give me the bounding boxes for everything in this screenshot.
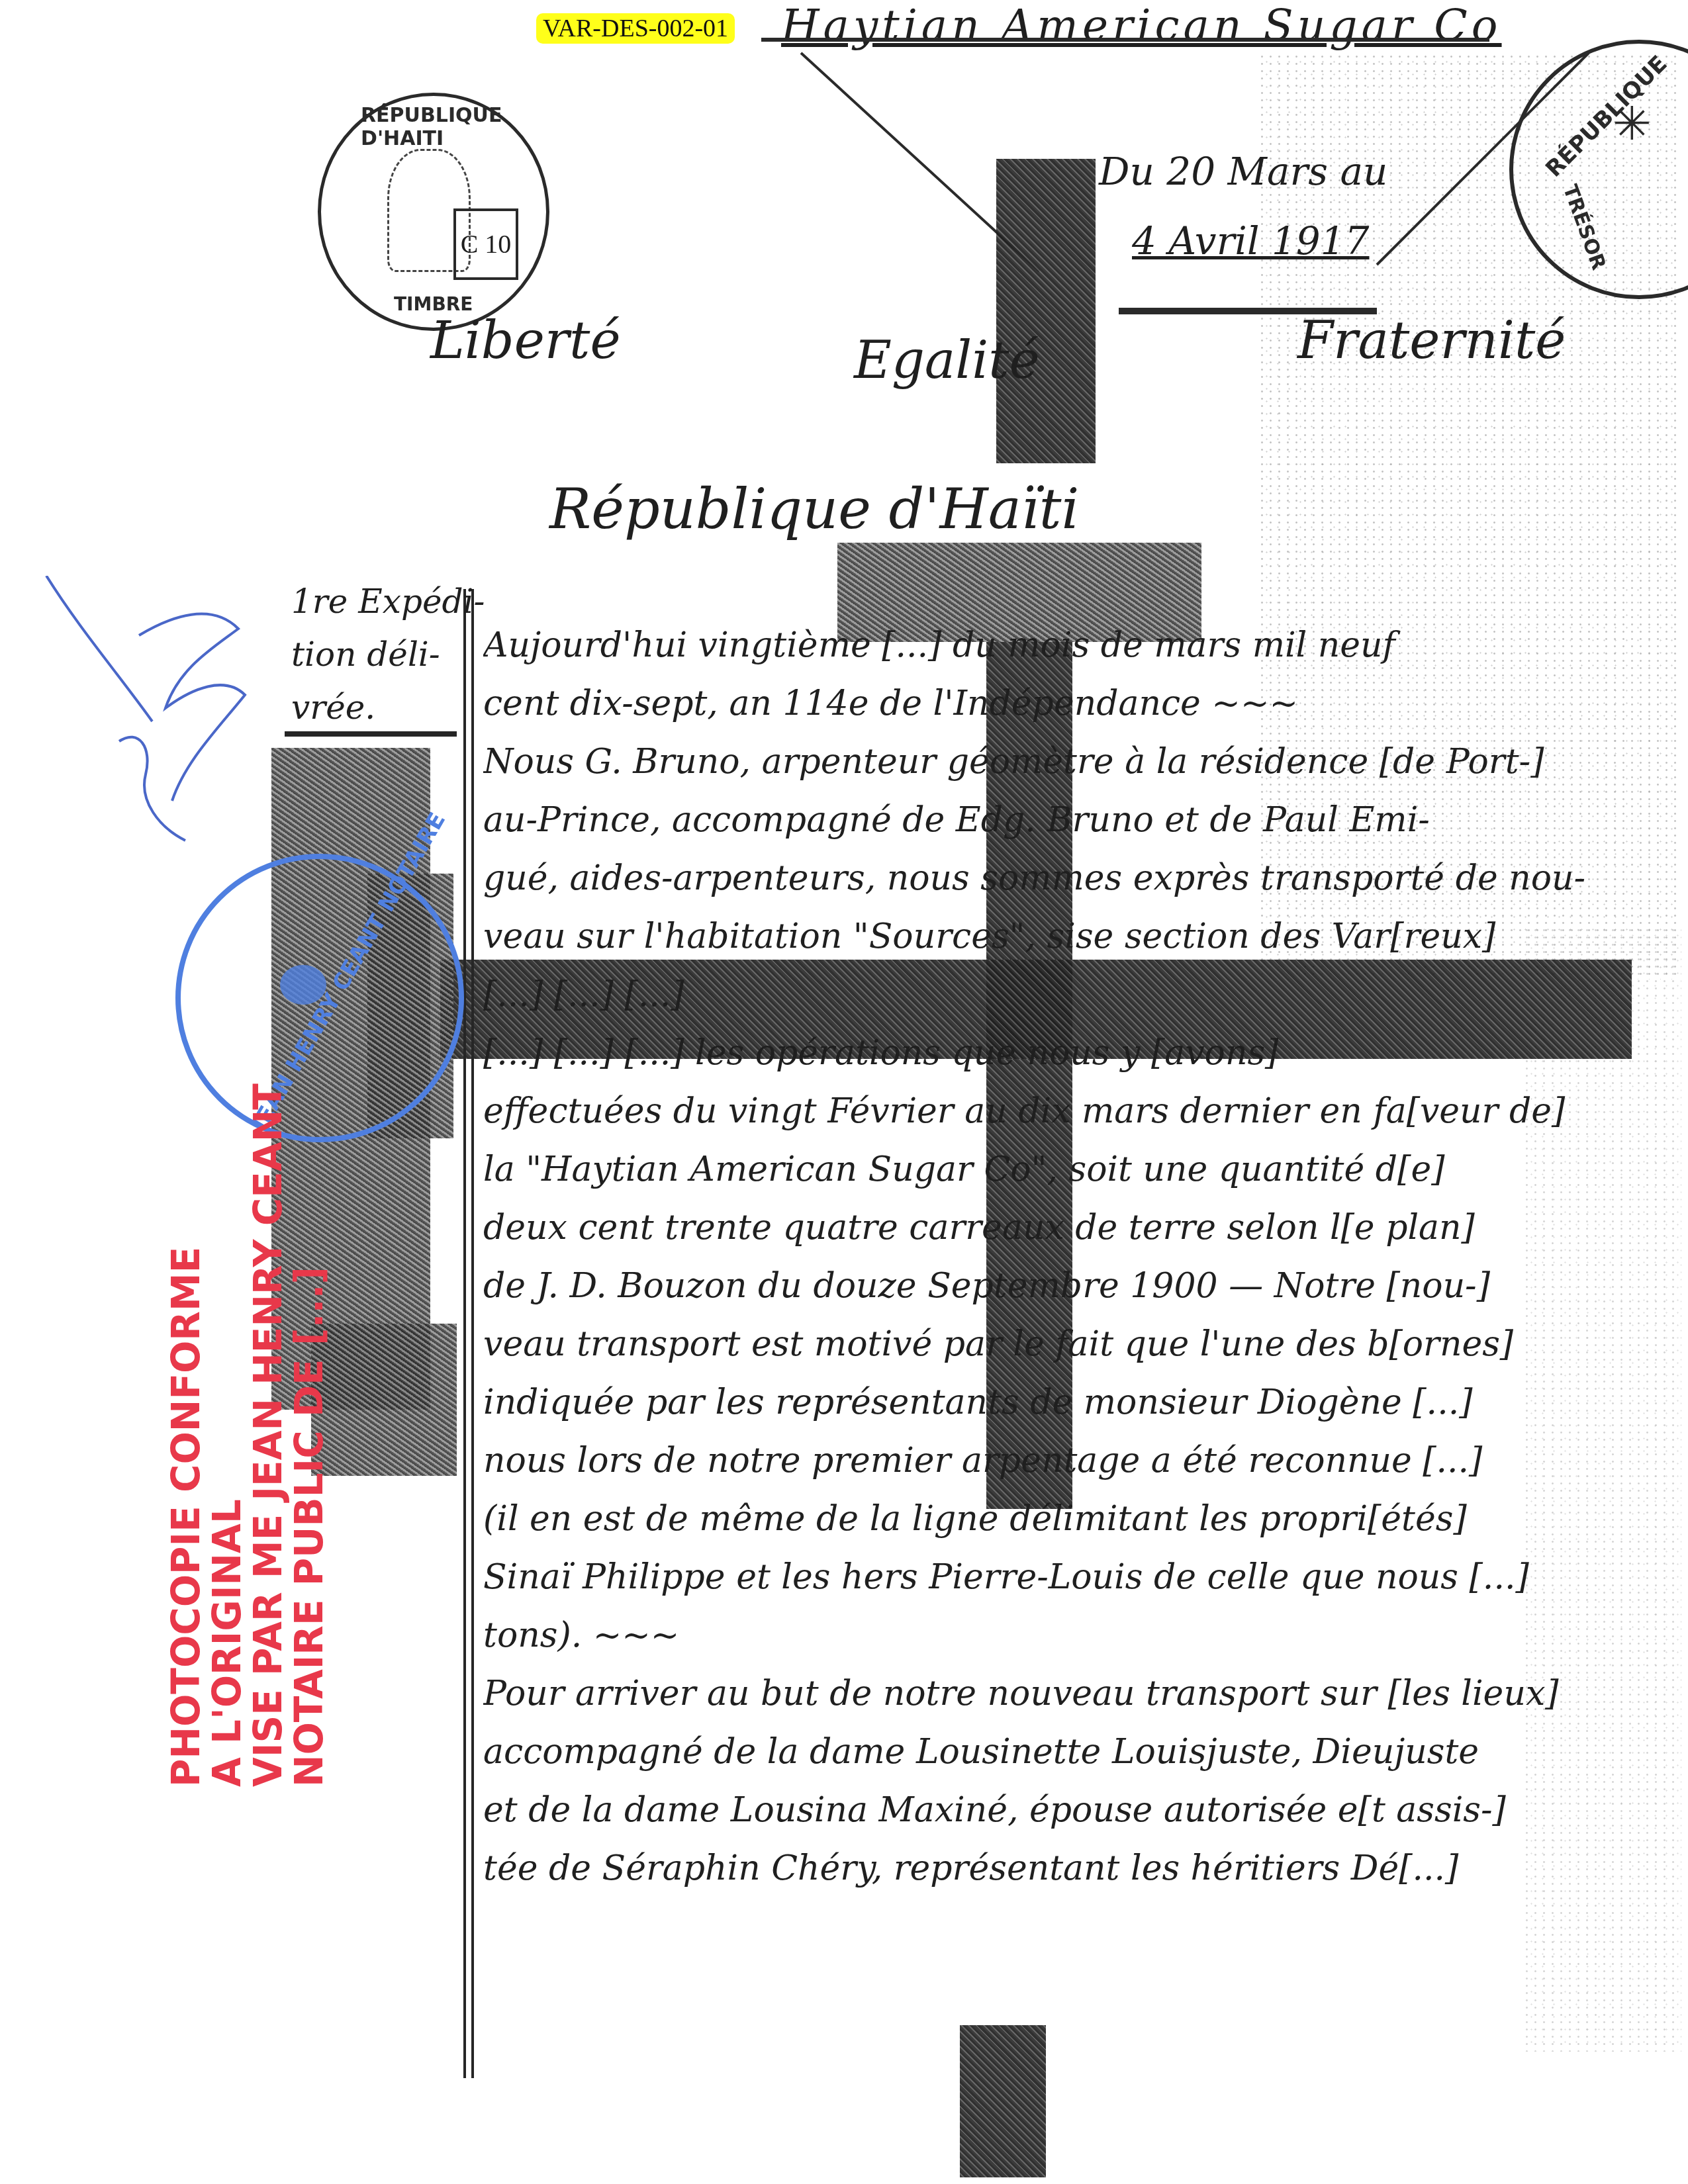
- tape-strip: [311, 1324, 457, 1476]
- reference-label: VAR-DES-002-01: [536, 13, 735, 44]
- certification-line: PHOTOCOPIE CONFORME: [165, 1083, 207, 1787]
- certification-line: A L'ORIGINAL: [207, 1083, 248, 1787]
- motto-egalite: Egalité: [854, 331, 1040, 390]
- deed-line: [...] [...] [...] les opérations que nou…: [483, 1033, 1675, 1073]
- motto-liberte: Liberté: [430, 311, 621, 371]
- date-line-2: 4 Avril 1917: [1132, 218, 1370, 263]
- deed-line: veau sur l'habitation "Sources", sise se…: [483, 917, 1675, 956]
- margin-note-line: 1re Expédi-: [291, 582, 485, 621]
- margin-note-line: tion déli-: [291, 635, 440, 674]
- deed-line: (il en est de même de la ligne délimitan…: [483, 1499, 1675, 1539]
- deed-line: Nous G. Bruno, arpenteur géomètre à la r…: [483, 742, 1675, 782]
- deed-line: deux cent trente quatre carreaux de terr…: [483, 1208, 1675, 1248]
- deed-line: nous lors de notre premier arpentage a é…: [483, 1441, 1675, 1480]
- deed-line: cent dix-sept, an 114e de l'Indépendance…: [483, 684, 1675, 723]
- deed-line: la "Haytian American Sugar Co", soit une…: [483, 1150, 1675, 1189]
- deed-line: Aujourd'hui vingtième [...] du mois de m…: [483, 625, 1675, 665]
- deed-line: effectuées du vingt Février au dix mars …: [483, 1091, 1675, 1131]
- treasury-seal-subtext: TRÉSOR: [1558, 181, 1611, 273]
- deed-line: [...] [...] [...]: [483, 975, 1675, 1015]
- deed-line: de J. D. Bouzon du douze Septembre 1900 …: [483, 1266, 1675, 1306]
- certification-stamp: PHOTOCOPIE CONFORME A L'ORIGINAL VISE PA…: [165, 1083, 330, 1787]
- margin-rule: [471, 589, 474, 2078]
- certification-line: NOTAIRE PUBLIC DE [...]: [289, 1083, 330, 1787]
- notary-signature: [40, 576, 258, 854]
- country-heading: République d'Haïti: [549, 477, 1079, 541]
- palm-tree-icon: ✳: [1613, 97, 1652, 151]
- certification-line: VISE PAR ME JEAN HENRY CEANT: [248, 1083, 289, 1787]
- stamp-value: C 10: [453, 208, 518, 280]
- deed-line: tons). ~~~: [483, 1615, 1675, 1655]
- deed-line: tée de Séraphin Chéry, représentant les …: [483, 1848, 1675, 1888]
- deed-line: au-Prince, accompagné de Edg. Bruno et d…: [483, 800, 1675, 840]
- date-line-1: Du 20 Mars au: [1099, 149, 1387, 194]
- deed-line: Pour arriver au but de notre nouveau tra…: [483, 1674, 1675, 1713]
- tape-strip: [960, 2025, 1046, 2177]
- deed-line: veau transport est motivé par le fait qu…: [483, 1324, 1675, 1364]
- fiscal-stamp-top-text: RÉPUBLIQUE D'HAITI: [361, 104, 546, 150]
- deed-line: et de la dame Lousina Maxiné, épouse aut…: [483, 1790, 1675, 1830]
- tape-strip: [996, 159, 1096, 463]
- deed-line: Sinaï Philippe et les hers Pierre-Louis …: [483, 1557, 1675, 1597]
- motto-fraternite: Fraternité: [1297, 311, 1566, 371]
- deed-line: gué, aides-arpenteurs, nous sommes exprè…: [483, 858, 1675, 898]
- margin-rule: [463, 589, 466, 2078]
- margin-note-line: vrée.: [291, 688, 375, 727]
- fiscal-stamp: RÉPUBLIQUE D'HAITI C 10 TIMBRE: [318, 93, 549, 331]
- deed-line: indiquée par les représentants de monsie…: [483, 1383, 1675, 1422]
- deed-line: accompagné de la dame Lousinette Louisju…: [483, 1732, 1675, 1772]
- coat-of-arms-icon: [280, 965, 326, 1005]
- treasury-seal-text: RÉPUBLIQUE: [1540, 50, 1672, 182]
- margin-underline: [285, 731, 457, 737]
